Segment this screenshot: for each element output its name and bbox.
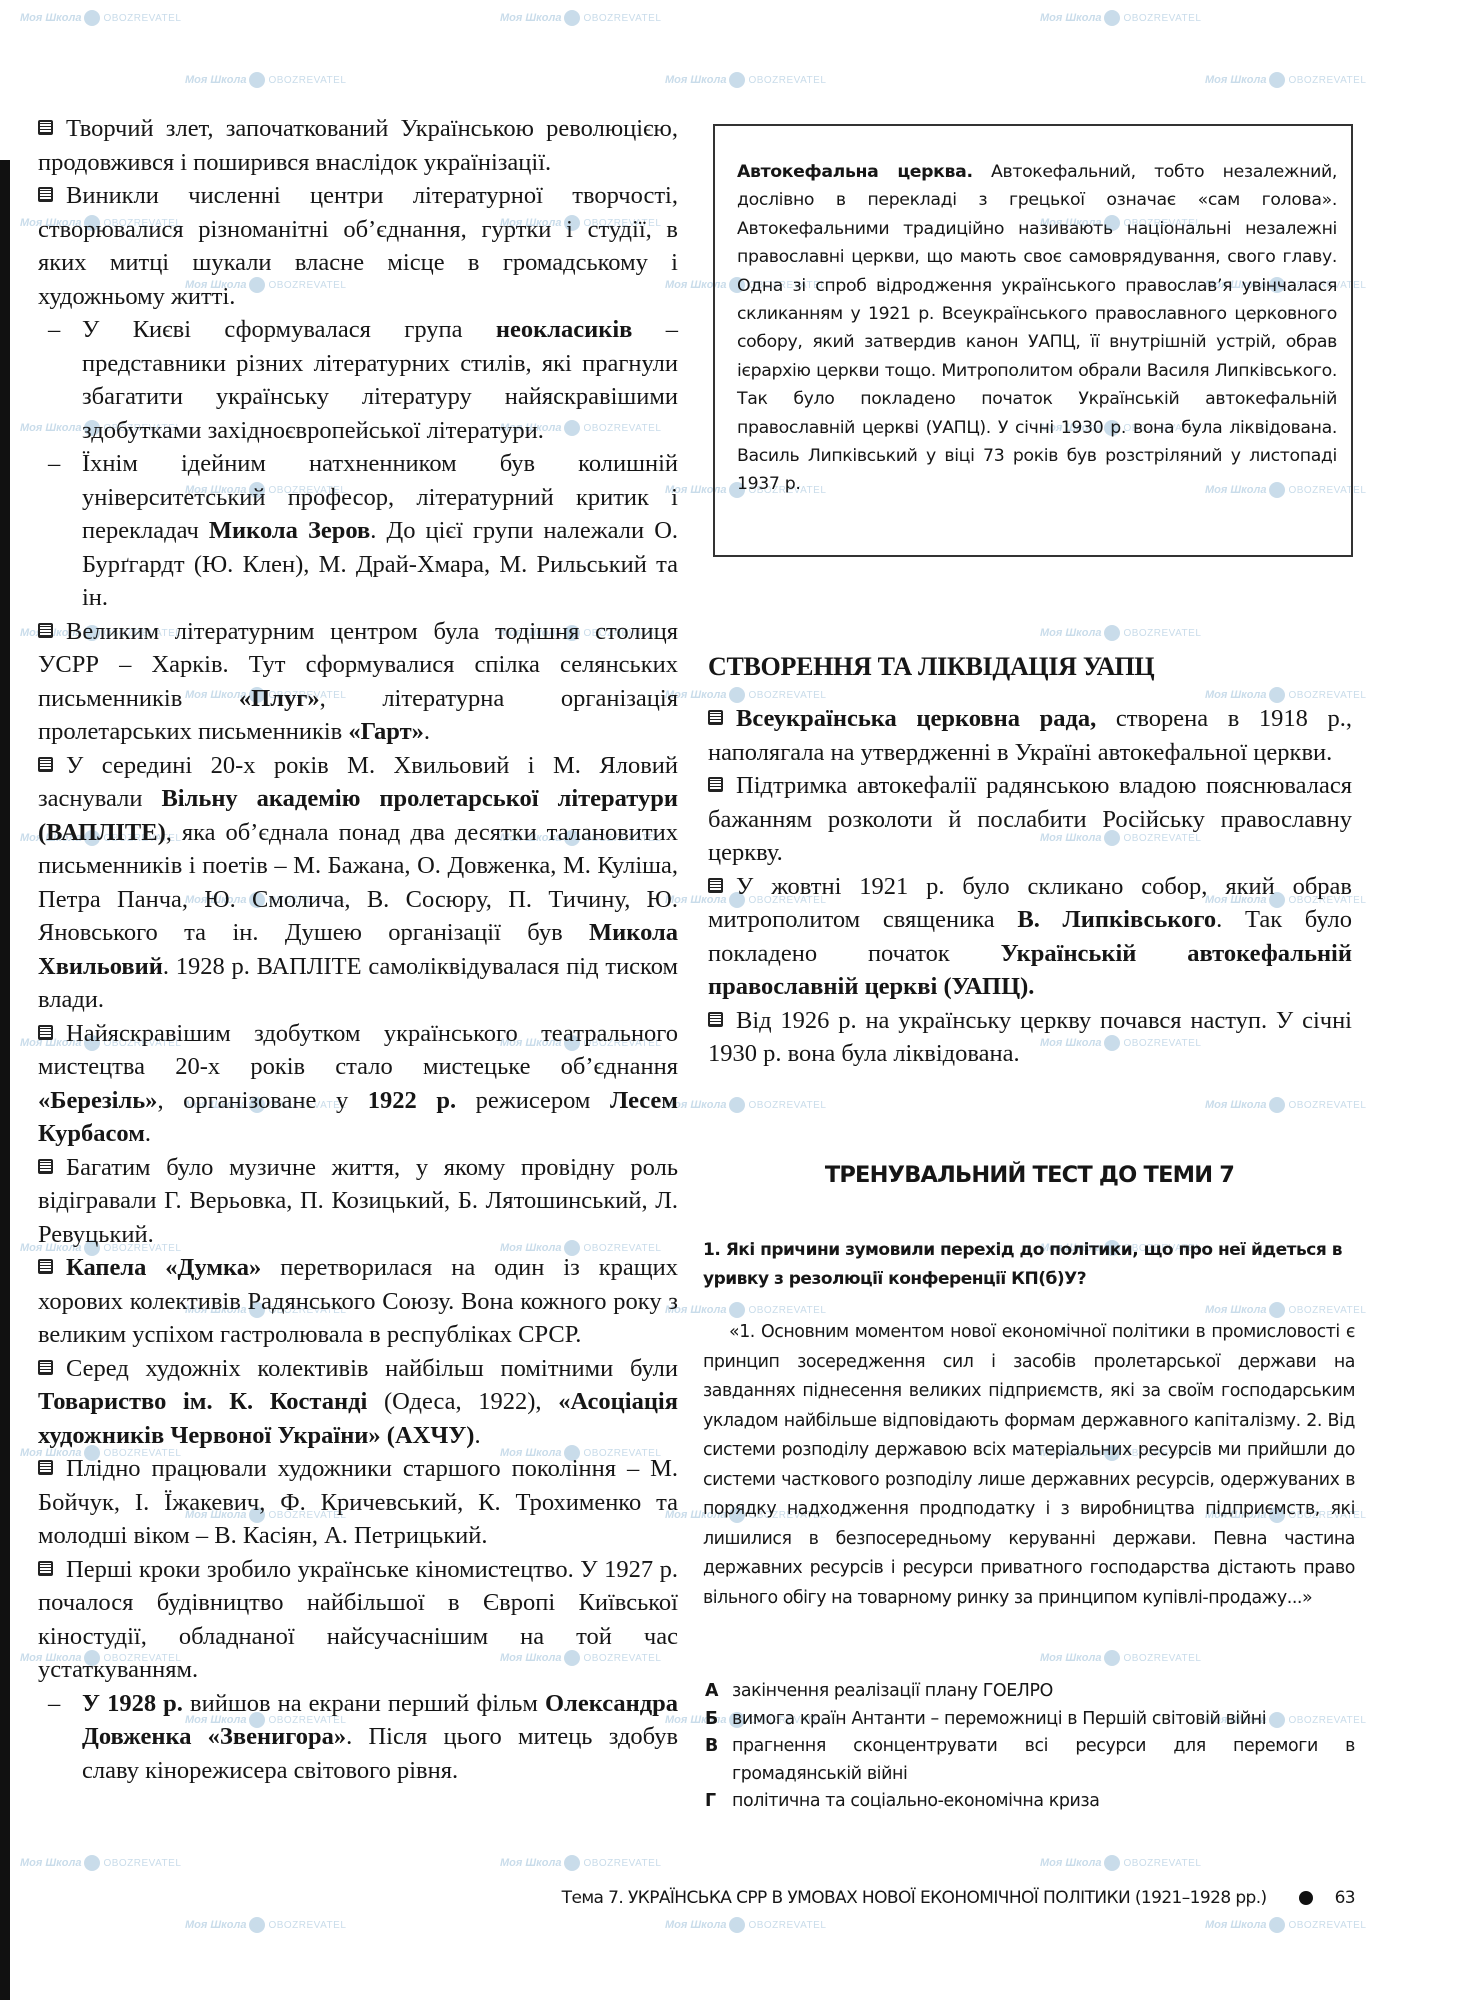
dash-marker: – (48, 447, 82, 481)
bullet-paragraph: Серед художніх колективів найбільш поміт… (38, 1352, 678, 1453)
text-run: Серед художніх колективів найбільш поміт… (66, 1355, 678, 1382)
watermark: Моя ШколаOBOZREVATEL (665, 1917, 826, 1933)
bold-term: неокласиків (496, 316, 633, 343)
answer-letter: А (705, 1678, 732, 1706)
text-run: Найяскравішим здобутком українського теа… (38, 1020, 678, 1081)
bullet-paragraph: У середині 20-х років М. Хвильовий і М. … (38, 749, 678, 1017)
text-run: Перші кроки зробило українське кіномисте… (38, 1556, 678, 1684)
bullet-paragraph: Капела «Думка» перетворилася на один із … (38, 1251, 678, 1352)
text-run: Багатим було музичне життя, у якому пров… (38, 1154, 678, 1248)
section-heading-uapc: СТВОРЕННЯ ТА ЛІКВІДАЦІЯ УАПЦ (708, 652, 1154, 682)
watermark: Моя ШколаOBOZREVATEL (185, 72, 346, 88)
watermark: Моя ШколаOBOZREVATEL (1205, 1302, 1366, 1318)
answer-option: Впрагнення сконцентрувати всі ресурси дл… (705, 1733, 1355, 1788)
book-bullet-icon (708, 878, 723, 893)
bold-term: «Плуг» (239, 685, 320, 712)
answer-text: політична та соціально-економічна криза (732, 1788, 1355, 1816)
text-run: . (474, 1422, 480, 1449)
book-bullet-icon (38, 757, 53, 772)
book-bullet-icon (38, 1460, 53, 1475)
bold-term: В. Липківського (1017, 906, 1216, 933)
answer-options: Азакінчення реалізації плану ГОЕЛРОБвимо… (705, 1678, 1355, 1816)
bullet-paragraph: Найяскравішим здобутком українського теа… (38, 1017, 678, 1151)
bold-term: «Гарт» (348, 718, 424, 745)
bullet-paragraph: Підтримка автокефалії радянською владою … (708, 769, 1352, 870)
dash-marker: – (48, 313, 82, 347)
bullet-paragraph: Всеукраїнська церковна рада, створена в … (708, 702, 1352, 769)
watermark: Моя ШколаOBOZREVATEL (20, 1855, 181, 1871)
text-run: Підтримка автокефалії радянською владою … (708, 772, 1352, 866)
watermark: Моя ШколаOBOZREVATEL (1040, 10, 1201, 26)
answer-letter: Б (705, 1706, 732, 1734)
book-bullet-icon (38, 187, 53, 202)
scan-edge (0, 160, 10, 2000)
book-bullet-icon (38, 1561, 53, 1576)
bold-term: Товариство ім. К. Костанді (38, 1388, 367, 1415)
answer-letter: Г (705, 1788, 732, 1816)
book-bullet-icon (38, 1360, 53, 1375)
book-bullet-icon (708, 710, 723, 725)
text-run: Від 1926 р. на українську церкву почався… (708, 1007, 1352, 1068)
watermark: Моя ШколаOBOZREVATEL (1040, 1650, 1201, 1666)
bullet-paragraph: Творчий злет, започаткований Українською… (38, 112, 678, 179)
dash-list-item: –У Києві сформувалася група неокласиків … (38, 313, 678, 447)
answer-option: Гполітична та соціально-економічна криза (705, 1788, 1355, 1816)
answer-option: Бвимога країн Антанти – переможниці в Пе… (705, 1706, 1355, 1734)
text-run: Виникли численні центри літературної тво… (38, 182, 678, 310)
watermark: Моя ШколаOBOZREVATEL (500, 10, 661, 26)
answer-letter: В (705, 1733, 732, 1788)
watermark: Моя ШколаOBOZREVATEL (1205, 72, 1366, 88)
page-number: 63 (1335, 1888, 1355, 1908)
test-heading: ТРЕНУВАЛЬНИЙ ТЕСТ ДО ТЕМИ 7 (700, 1162, 1359, 1188)
watermark: Моя ШколаOBOZREVATEL (665, 687, 826, 703)
watermark: Моя ШколаOBOZREVATEL (1205, 1917, 1366, 1933)
text-run: Плідно працювали художники старшого поко… (38, 1455, 678, 1549)
text-run: , організоване у (157, 1087, 367, 1114)
bullet-paragraph: Великим літературним центром була тодішн… (38, 615, 678, 749)
watermark: Моя ШколаOBOZREVATEL (1040, 1855, 1201, 1871)
text-run: вийшов на екрани перший фільм (183, 1690, 545, 1717)
text-run: режисером (456, 1087, 610, 1114)
bullet-paragraph: Виникли численні центри літературної тво… (38, 179, 678, 313)
bold-term: Капела «Думка» (66, 1254, 261, 1281)
info-box: Автокефальна церква. Автокефальний, тобт… (737, 158, 1337, 499)
bullet-paragraph: Плідно працювали художники старшого поко… (38, 1452, 678, 1553)
page-footer: Тема 7. УКРАЇНСЬКА СРР В УМОВАХ НОВОЇ ЕК… (400, 1888, 1355, 1908)
text-run: (Одеса, 1922), (367, 1388, 558, 1415)
bold-term: У 1928 р. (82, 1690, 183, 1717)
bullet-paragraph: У жовтні 1921 р. було скликано собор, як… (708, 870, 1352, 1004)
dash-marker: – (48, 1687, 82, 1721)
info-box-text: Автокефальний, тобто незалежний, дослівн… (737, 162, 1337, 494)
answer-option: Азакінчення реалізації плану ГОЕЛРО (705, 1678, 1355, 1706)
uapc-section-body: Всеукраїнська церковна рада, створена в … (708, 702, 1352, 1071)
text-run: . (424, 718, 430, 745)
watermark: Моя ШколаOBOZREVATEL (500, 1855, 661, 1871)
watermark: Моя ШколаOBOZREVATEL (185, 1917, 346, 1933)
left-column: Творчий злет, започаткований Українською… (38, 112, 678, 1787)
book-bullet-icon (708, 777, 723, 792)
bold-term: Микола Зеров (209, 517, 370, 544)
answer-text: прагнення сконцентрувати всі ресурси для… (732, 1733, 1355, 1788)
watermark: Моя ШколаOBOZREVATEL (665, 1097, 826, 1113)
test-question: 1. Які причини зумовили перехід до політ… (703, 1236, 1355, 1294)
watermark: Моя ШколаOBOZREVATEL (20, 10, 181, 26)
info-box-term: Автокефальна церква. (737, 162, 973, 182)
text-run: Творчий злет, започаткований Українською… (38, 115, 678, 176)
book-bullet-icon (38, 1259, 53, 1274)
answer-text: закінчення реалізації плану ГОЕЛРО (732, 1678, 1355, 1706)
book-bullet-icon (708, 1012, 723, 1027)
watermark: Моя ШколаOBOZREVATEL (1205, 687, 1366, 703)
dash-list-item: –У 1928 р. вийшов на екрани перший фільм… (38, 1687, 678, 1788)
bullet-paragraph: Від 1926 р. на українську церкву почався… (708, 1004, 1352, 1071)
text-run: У Києві сформувалася група (82, 316, 496, 343)
test-quote: «1. Основним моментом нової економічної … (703, 1318, 1355, 1613)
book-bullet-icon (38, 1025, 53, 1040)
book-bullet-icon (38, 623, 53, 638)
watermark: Моя ШколаOBOZREVATEL (665, 1302, 826, 1318)
text-run: . (145, 1120, 151, 1147)
book-bullet-icon (38, 1159, 53, 1174)
footer-topic: Тема 7. УКРАЇНСЬКА СРР В УМОВАХ НОВОЇ ЕК… (562, 1888, 1267, 1908)
bold-term: Всеукраїнська церковна рада, (736, 705, 1096, 732)
bullet-paragraph: Багатим було музичне життя, у якому пров… (38, 1151, 678, 1252)
bullet-dot-icon (1299, 1891, 1313, 1905)
watermark: Моя ШколаOBOZREVATEL (1040, 625, 1201, 641)
watermark: Моя ШколаOBOZREVATEL (665, 72, 826, 88)
watermark: Моя ШколаOBOZREVATEL (1205, 1097, 1366, 1113)
bold-term: «Березіль» (38, 1087, 157, 1114)
bullet-paragraph: Перші кроки зробило українське кіномисте… (38, 1553, 678, 1687)
answer-text: вимога країн Антанти – переможниці в Пер… (732, 1706, 1355, 1734)
dash-list-item: –Їхнім ідейним натхненником був колишній… (38, 447, 678, 615)
book-bullet-icon (38, 120, 53, 135)
bold-term: 1922 р. (368, 1087, 456, 1114)
